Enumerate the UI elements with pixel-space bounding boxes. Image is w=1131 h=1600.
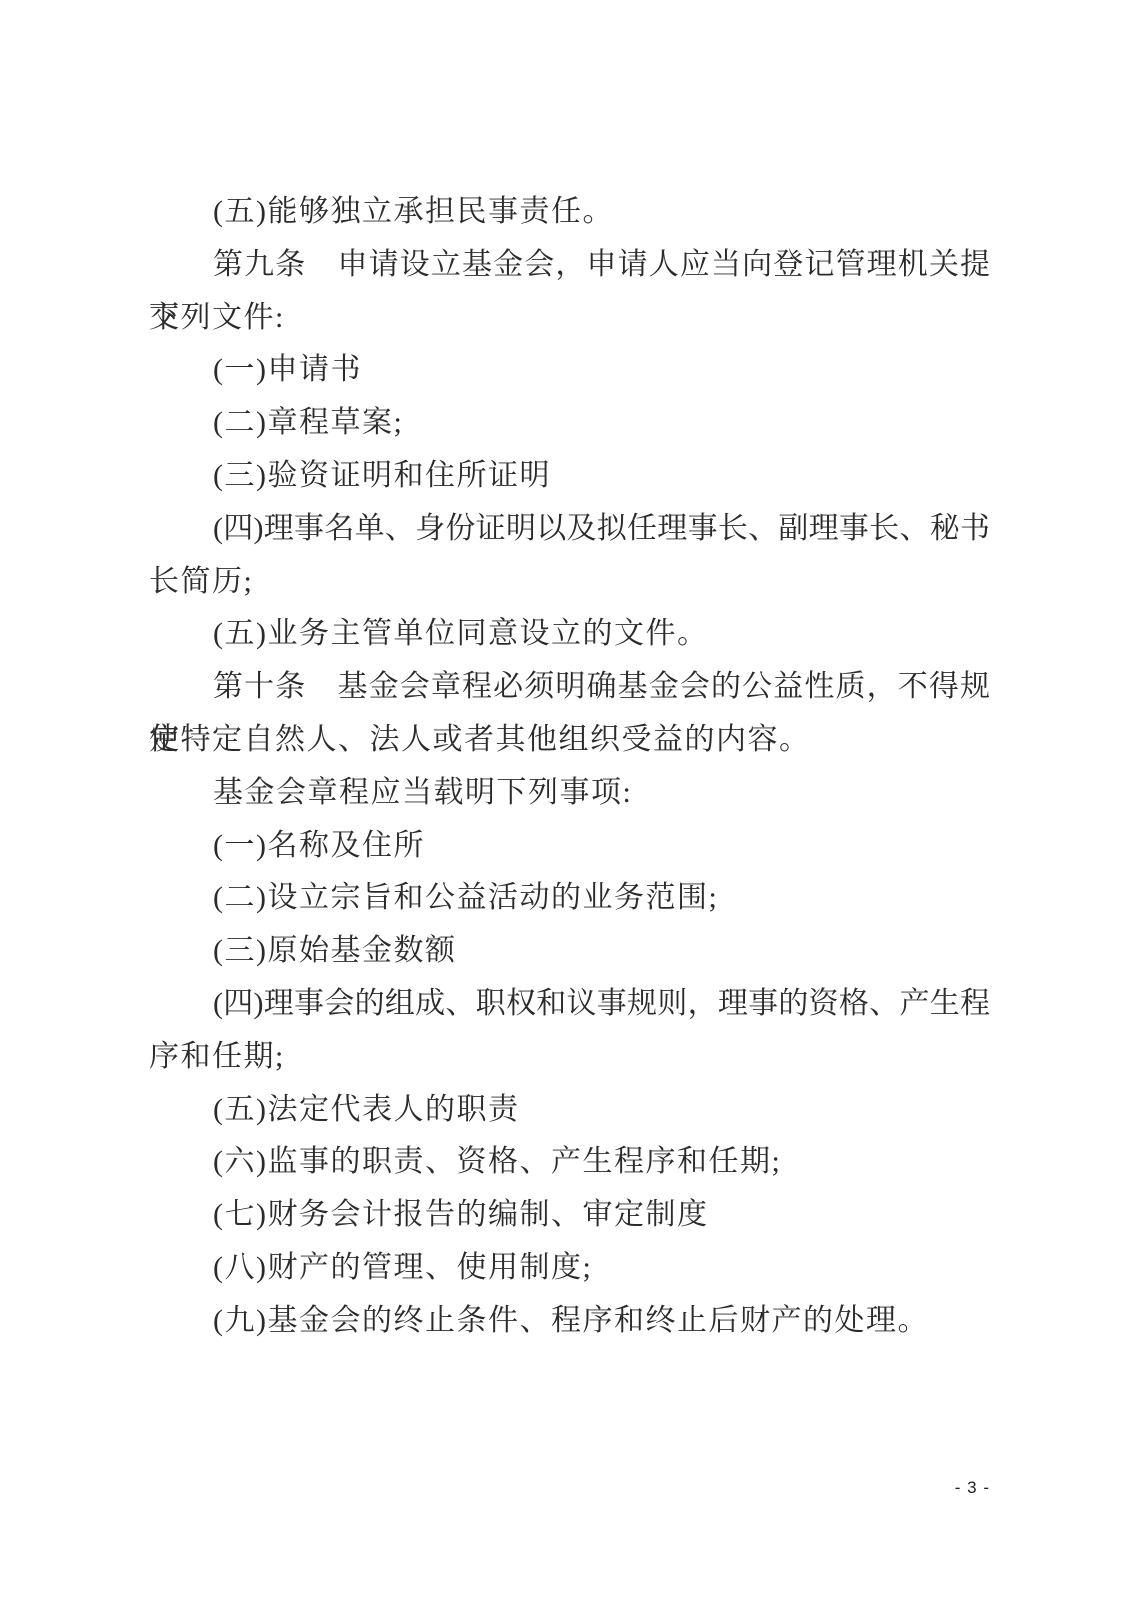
- list-item: (八)财产的管理、使用制度;: [149, 1242, 990, 1295]
- list-item: (五)法定代表人的职责: [149, 1084, 990, 1137]
- list-item: (九)基金会的终止条件、程序和终止后财产的处理。: [149, 1295, 990, 1348]
- list-item: (七)财务会计报告的编制、审定制度: [149, 1189, 990, 1242]
- list-item: (二)章程草案;: [149, 397, 990, 450]
- list-item: (二)设立宗旨和公益活动的业务范围;: [149, 872, 990, 925]
- list-item: (四)理事名单、身份证明以及拟任理事长、副理事长、秘书: [149, 503, 990, 556]
- list-item: (一)申请书: [149, 344, 990, 397]
- list-item: (三)验资证明和住所证明: [149, 450, 990, 503]
- document-page: (五)能够独立承担民事责任。 第九条 申请设立基金会，申请人应当向登记管理机关提…: [0, 0, 1131, 1600]
- list-item: (六)监事的职责、资格、产生程序和任期;: [149, 1136, 990, 1189]
- text-line: 下列文件:: [149, 292, 990, 345]
- list-item: (五)业务主管单位同意设立的文件。: [149, 608, 990, 661]
- text-line: 长简历;: [149, 556, 990, 609]
- text-line: 使特定自然人、法人或者其他组织受益的内容。: [149, 714, 990, 767]
- list-item: (一)名称及住所: [149, 820, 990, 873]
- list-item: (三)原始基金数额: [149, 925, 990, 978]
- document-body: (五)能够独立承担民事责任。 第九条 申请设立基金会，申请人应当向登记管理机关提…: [149, 186, 990, 1348]
- list-item: (四)理事会的组成、职权和议事规则，理事的资格、产生程: [149, 978, 990, 1031]
- text-line: 序和任期;: [149, 1031, 990, 1084]
- text-line: 基金会章程应当载明下列事项:: [149, 767, 990, 820]
- article-9-heading-line: 第九条 申请设立基金会，申请人应当向登记管理机关提交: [149, 239, 990, 292]
- text-line: (五)能够独立承担民事责任。: [149, 186, 990, 239]
- page-number: - 3 -: [955, 1478, 990, 1498]
- article-10-heading-line: 第十条 基金会章程必须明确基金会的公益性质，不得规定: [149, 661, 990, 714]
